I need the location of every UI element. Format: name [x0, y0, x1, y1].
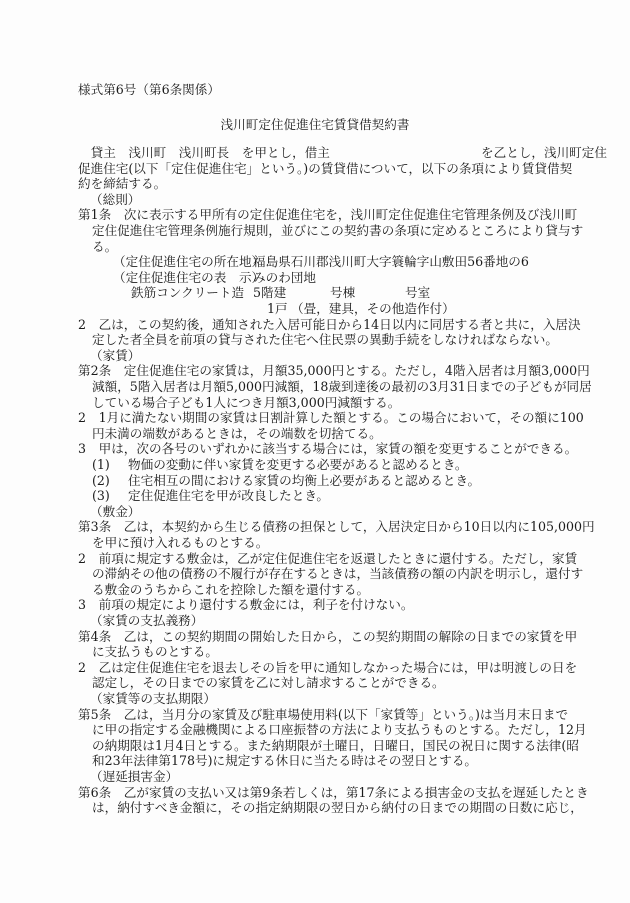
- room-number: 号室: [405, 285, 430, 301]
- item-number: (2): [92, 473, 128, 489]
- display-label: （定住促進住宅の表 示）: [113, 270, 253, 286]
- display-value: みのわ団地: [253, 270, 316, 285]
- location-value: 福島県石川郡浅川町大字簑輪字山敷田56番地の6: [253, 254, 529, 269]
- list-item: (1)物価の変動に伴い家賃を変更する必要があると認めるとき。: [92, 457, 548, 473]
- article-6-line: は，納付すべき金額に，その指定納期限の翌日から納付の日までの期間の日数に応じ，: [92, 800, 548, 816]
- item-text: 物価の変動に伴い家賃を変更する必要があると認めるとき。: [128, 457, 468, 472]
- item-text: 定住促進住宅を甲が改良したとき。: [128, 488, 329, 503]
- article-3-para2: る敷金のうちからこれを控除した額を還付する。: [92, 582, 548, 598]
- units: 1戸: [267, 301, 288, 317]
- article-2-line: 減額，5階入居者は月額5,000円減額，18歳到達後の最初の3月31日までの子ど…: [92, 379, 548, 395]
- item-text: 住宅相互の間における家賃の均衡上必要があると認めるとき。: [128, 473, 480, 488]
- contract-page: 様式第6号（第6条関係） 浅川町定住促進住宅賃貸借契約書 貸主 浅川町 浅川町長…: [0, 0, 630, 903]
- article-caption: （家賃）: [90, 348, 560, 364]
- article-3-para2: 2 前項に規定する敷金は，乙が定住促進住宅を返還したときに還付する。ただし，家賃: [78, 551, 548, 567]
- article-4-line: 第4条 乙は，この契約期間の開始した日から，この契約期間の解除の日までの家賃を甲: [78, 629, 548, 645]
- building-number: 号棟: [330, 285, 355, 301]
- article-1-line: 定住促進住宅管理条例施行規則，並びにこの契約書の条項に定めるところにより貸与す: [92, 223, 548, 239]
- article-1-line: る。: [92, 239, 548, 255]
- structure: 鉄筋コンクリート造: [131, 285, 244, 301]
- property-display: （定住促進住宅の表 示）みのわ団地: [113, 270, 553, 286]
- article-4-para2: 認定し，その日までの家賃を乙に対し請求することができる。: [92, 675, 548, 691]
- floors: 5階建: [253, 285, 286, 301]
- article-2-line: している場合子ども1人につき月額3,000円減額する。: [92, 395, 548, 411]
- article-3-para3: 3 前項の規定により還付する敷金には，利子を付けない。: [78, 597, 548, 613]
- article-2-para3: 3 甲は，次の各号のいずれかに該当する場合には，家賃の額を変更することができる。: [78, 441, 548, 457]
- form-label: 様式第6号（第6条関係）: [78, 82, 548, 98]
- article-2-para2: 円未満の端数があるときは，その端数を切捨てる。: [92, 426, 548, 442]
- item-number: (3): [92, 488, 128, 504]
- location-label: （定住促進住宅の所在地）: [113, 254, 253, 270]
- article-5-line: に甲の指定する金融機関による口座振替の方法により支払うものとする。ただし，12月: [92, 722, 548, 738]
- property-units: 1戸 （畳，建具，その他造作付）: [131, 301, 551, 317]
- article-2-line: 第2条 定住促進住宅の家賃は，月額35,000円とする。ただし，4階入居者は月額…: [78, 363, 548, 379]
- fixtures: （畳，建具，その他造作付）: [291, 301, 455, 317]
- article-caption: （家賃等の支払期限）: [90, 691, 560, 707]
- item-number: (1): [92, 457, 128, 473]
- article-5-line: 第5条 乙は，当月分の家賃及び駐車場使用料(以下「家賃等」という。)は当月末日ま…: [78, 707, 548, 723]
- article-3-para2: の滞納その他の債務の不履行が存在するときは，当該債務の額の内訳を明示し，還付す: [92, 566, 548, 582]
- article-3-line: を甲に預け入れるものとする。: [92, 535, 548, 551]
- article-5-line: の納期限は1月4日とする。また納期限が土曜日，日曜日，国民の祝日に関する法律(昭: [92, 738, 548, 754]
- property-location: （定住促進住宅の所在地）福島県石川郡浅川町大字簑輪字山敷田56番地の6: [113, 254, 553, 270]
- article-4-line: に支払うものとする。: [92, 644, 548, 660]
- article-1-para2: 2 乙は，この契約後，通知された入居可能日から14日以内に同居する者と共に，入居…: [78, 317, 548, 333]
- article-1-line: 第1条 次に表示する甲所有の定住促進住宅を，浅川町定住促進住宅管理条例及び浅川町: [78, 207, 548, 223]
- document-title: 浅川町定住促進住宅賃貸借契約書: [0, 117, 630, 133]
- article-caption: （家賃の支払義務）: [90, 613, 560, 629]
- property-structure: 鉄筋コンクリート造 5階建 号棟 号室: [131, 285, 551, 301]
- article-caption: （敷金）: [90, 504, 560, 520]
- list-item: (2)住宅相互の間における家賃の均衡上必要があると認めるとき。: [92, 473, 548, 489]
- article-4-para2: 2 乙は定住促進住宅を退去しその旨を甲に通知しなかった場合には，甲は明渡しの日を: [78, 660, 548, 676]
- article-2-para2: 2 1月に満たない期間の家賃は日割計算した額とする。この場合において，その額に1…: [78, 410, 548, 426]
- article-caption: （総則）: [90, 192, 560, 208]
- list-item: (3)定住促進住宅を甲が改良したとき。: [92, 488, 548, 504]
- preamble-line: 約を締結する。: [78, 176, 548, 192]
- preamble-line: 貸主 浅川町 浅川町長 を甲とし，借主 を乙とし，浅川町定住: [78, 145, 548, 161]
- article-5-line: 和23年法律第178号)に規定する休日に当たる時はその翌日とする。: [92, 753, 548, 769]
- article-6-line: 第6条 乙が家賃の支払い又は第9条若しくは，第17条による損害金の支払を遅延した…: [78, 785, 548, 801]
- article-1-para2: 定した者全員を前項の貸与された住宅へ住民票の異動手続をしなければならない。: [92, 332, 548, 348]
- preamble-line: 促進住宅(以下「定住促進住宅」という。)の賃貸借について，以下の条項により賃貸借…: [78, 161, 548, 177]
- article-3-line: 第3条 乙は，本契約から生じる債務の担保として，入居決定日から10日以内に105…: [78, 519, 548, 535]
- article-caption: （遅延損害金）: [90, 769, 560, 785]
